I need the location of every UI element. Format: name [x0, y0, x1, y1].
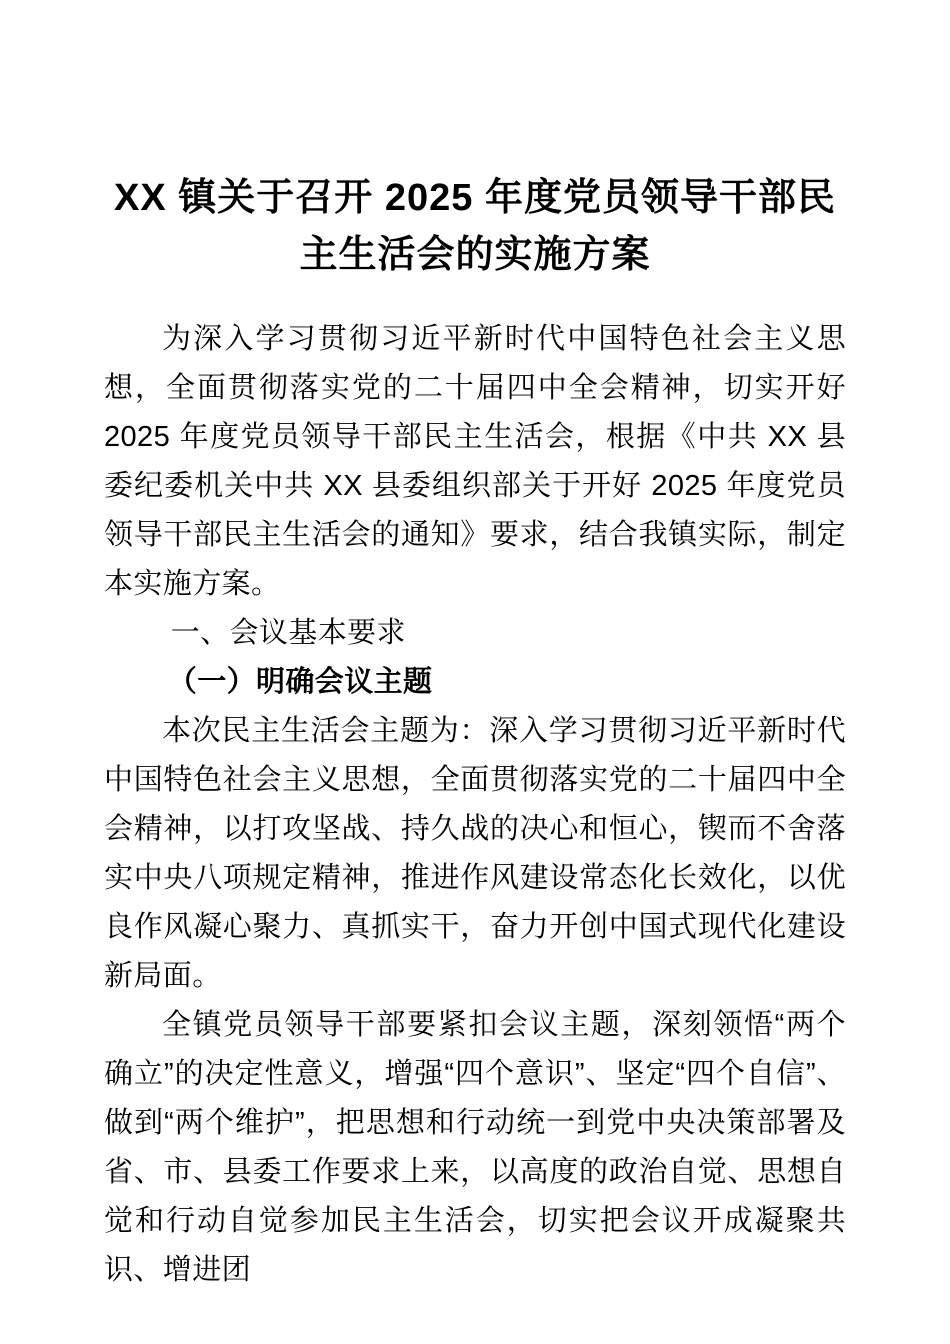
- document-title: XX 镇关于召开 2025 年度党员领导干部民主生活会的实施方案: [104, 170, 846, 284]
- document-page: XX 镇关于召开 2025 年度党员领导干部民主生活会的实施方案 为深入学习贯彻…: [0, 0, 950, 1344]
- intro-paragraph: 为深入学习贯彻习近平新时代中国特色社会主义思想，全面贯彻落实党的二十届四中全会精…: [104, 315, 846, 609]
- subsection-heading-meeting-theme: （一）明确会议主题: [104, 658, 846, 707]
- theme-paragraph: 本次民主生活会主题为：深入学习贯彻习近平新时代中国特色社会主义思想，全面贯彻落实…: [104, 707, 846, 1001]
- requirement-paragraph: 全镇党员领导干部要紧扣会议主题，深刻领悟“两个确立”的决定性意义，增强“四个意识…: [104, 1001, 846, 1295]
- section-heading-meeting-requirements: 一、会议基本要求: [104, 609, 846, 658]
